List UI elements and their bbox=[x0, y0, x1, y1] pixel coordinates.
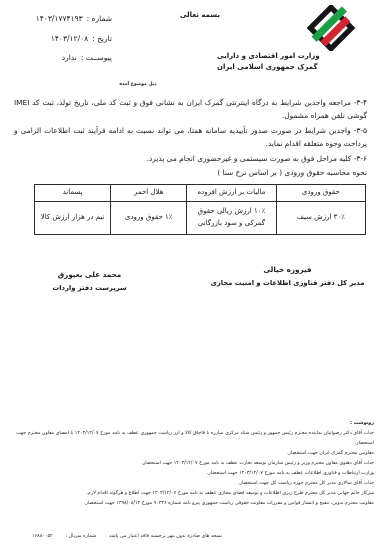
table-header-row: حقوق ورودی مالیات بر ارزش افزوده هلال اح… bbox=[35, 184, 366, 201]
organization-name: گمرک جمهوری اسلامی ایران bbox=[217, 62, 377, 73]
table-value-cell: ۱۰٪ ارزش ریالی حقوق گمرکی و سود بازرگانی bbox=[187, 201, 276, 234]
cc-item: جناب آقای سالاری مدیر کل محترم حوزه ریاس… bbox=[8, 479, 374, 489]
letter-number-value: ۱۴۰۳/۱۷۷۴۱۹۳ bbox=[36, 14, 83, 23]
signer-name: فیروزه خیالی bbox=[205, 265, 370, 274]
signer-title: مدیر کل دفتر فناوری اطلاعات و امنیت مجاز… bbox=[205, 279, 370, 287]
table-value-cell: ۱٪ حقوق ورودی bbox=[111, 201, 187, 234]
serial-label: شماره سریال : bbox=[65, 534, 96, 539]
duties-table: حقوق ورودی مالیات بر ارزش افزوده هلال اح… bbox=[34, 184, 366, 235]
body-paragraph: ۳-۴- مراجعه واجدین شرایط به درگاه اینترن… bbox=[14, 96, 367, 123]
table-value-cell: ۳۰٪ ارزش سیف bbox=[276, 201, 365, 234]
customs-logo-icon bbox=[305, 5, 357, 51]
letter-page: وزارت امور اقتصادی و دارایی گمرک جمهوری … bbox=[0, 0, 382, 549]
signature-block-it-director: فیروزه خیالی مدیر کل دفتر فناوری اطلاعات… bbox=[205, 265, 370, 287]
table-header-cell: مالیات بر ارزش افزوده bbox=[187, 184, 276, 201]
letter-number-row: شماره : ۱۴۰۳/۱۷۷۴۱۹۳ bbox=[24, 14, 112, 23]
attachment-value: ندارد bbox=[62, 53, 77, 62]
bismillah: بسمه تعالی bbox=[160, 11, 240, 19]
table-caption: نحوه محاسبه حقوق ورودی ( بر اساس نرخ سنا… bbox=[14, 166, 367, 179]
cc-label: رونوشت : bbox=[8, 419, 374, 429]
table-header-cell: حقوق ورودی bbox=[276, 184, 365, 201]
signer-name: محمد علی بعیورق bbox=[22, 270, 157, 279]
org-block: وزارت امور اقتصادی و دارایی گمرک جمهوری … bbox=[217, 51, 377, 73]
serial-value: ۱۶۸۸۰۰۵۲ bbox=[32, 534, 53, 539]
cc-list: رونوشت : جناب آقای دکتر رضوانیان نماینده… bbox=[8, 419, 374, 509]
body-paragraph: ۳-۵- واجدین شرایط در صورت صدور تأییدیه س… bbox=[14, 124, 367, 151]
letter-meta: شماره : ۱۴۰۳/۱۷۷۴۱۹۳ تاریخ : ۱۴۰۳/۱۲/۰۸ … bbox=[24, 14, 112, 73]
attachment-row: پیوســت : ندارد bbox=[24, 53, 112, 62]
ministry-name: وزارت امور اقتصادی و دارایی bbox=[217, 51, 377, 62]
table-header-cell: پسماند bbox=[35, 184, 111, 201]
cc-item: وزارت ارتباطات و فناوری اطلاعات عطف به ن… bbox=[8, 469, 374, 479]
validity-note: نسخه های صادره بدون مهر برجسته فاقد اعتب… bbox=[109, 534, 222, 539]
cc-item: معاونین محترم گمرک ایران جهت استحضار. bbox=[8, 449, 374, 459]
table-header-cell: هلال احمر bbox=[111, 184, 187, 201]
letter-date-row: تاریخ : ۱۴۰۳/۱۲/۰۸ bbox=[24, 34, 112, 43]
continuation-note: ذیل موضوع آمده bbox=[108, 82, 168, 87]
cc-item: جناب آقای دهنوی معاون محترم وزیر و رئیس … bbox=[8, 459, 374, 469]
letter-date-value: ۱۴۰۳/۱۲/۰۸ bbox=[51, 34, 88, 43]
table-value-row: ۳۰٪ ارزش سیف ۱۰٪ ارزش ریالی حقوق گمرکی و… bbox=[35, 201, 366, 234]
cc-item: معاونت محترم تدوین، تنقیح و انتشار قوانی… bbox=[8, 499, 374, 509]
table-value-cell: نیم در هزار ارزش کالا bbox=[35, 201, 111, 234]
letter-date-label: تاریخ : bbox=[92, 34, 112, 43]
signer-title: سرپرست دفتر واردات bbox=[22, 284, 157, 292]
cc-item: سرکار خانم جهانی مدیر کل محترم طرح ریزی … bbox=[8, 489, 374, 499]
letter-number-label: شماره : bbox=[87, 14, 112, 23]
cc-item: جناب آقای دکتر رضوانیان نماینده محترم رئ… bbox=[8, 429, 374, 449]
signature-block-imports-director: محمد علی بعیورق سرپرست دفتر واردات bbox=[22, 270, 157, 292]
letter-body: ۳-۴- مراجعه واجدین شرایط به درگاه اینترن… bbox=[14, 96, 367, 235]
body-paragraph: ۳-۶- کلیه مراحل فوق به صورت سیستمی و غیر… bbox=[14, 152, 367, 165]
logo-diamond bbox=[310, 7, 351, 48]
attachment-label: پیوســت : bbox=[81, 53, 112, 62]
bottom-line: نسخه های صادره بدون مهر برجسته فاقد اعتب… bbox=[32, 534, 222, 539]
